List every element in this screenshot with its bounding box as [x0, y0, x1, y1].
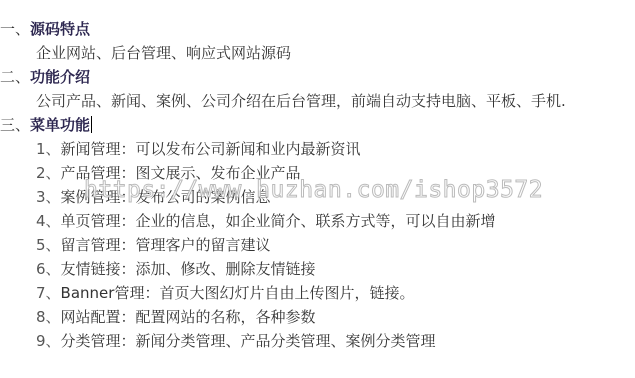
list-item-text: 留言管理：管理客户的留言建议	[61, 236, 271, 254]
list-item-text: 网站配置：配置网站的名称，各种参数	[61, 308, 316, 326]
text-cursor	[91, 116, 92, 133]
list-item-text: 案例管理：发布公司的案例信息	[61, 188, 271, 206]
list-item-number: 5、	[36, 236, 61, 254]
section-title: 源码特点	[30, 20, 90, 38]
section-number: 三、	[0, 116, 30, 134]
list-item: 4、单页管理：企业的信息，如企业简介、联系方式等，可以自由新增	[0, 209, 635, 233]
list-item: 2、产品管理：图文展示、发布企业产品	[0, 161, 635, 185]
list-item-text: Banner管理：首页大图幻灯片自由上传图片，链接。	[61, 284, 415, 302]
list-item: 3、案例管理：发布公司的案例信息	[0, 185, 635, 209]
list-item-number: 2、	[36, 164, 61, 182]
list-item-number: 7、	[36, 284, 61, 302]
section-number: 一、	[0, 20, 30, 38]
list-item-number: 4、	[36, 212, 61, 230]
list-item-text: 单页管理：企业的信息，如企业简介、联系方式等，可以自由新增	[61, 212, 496, 230]
list-item: 8、网站配置：配置网站的名称，各种参数	[0, 305, 635, 329]
list-item: 1、新闻管理：可以发布公司新闻和业内最新资讯	[0, 137, 635, 161]
section-body-text: 公司产品、新闻、案例、公司介绍在后台管理，前端自动支持电脑、平板、手机.	[0, 89, 635, 113]
document-body: 一、源码特点 企业网站、后台管理、响应式网站源码 二、功能介绍 公司产品、新闻、…	[0, 17, 635, 353]
list-item: 7、Banner管理：首页大图幻灯片自由上传图片，链接。	[0, 281, 635, 305]
section-title: 功能介绍	[30, 68, 90, 86]
list-item-number: 1、	[36, 140, 61, 158]
list-item-number: 3、	[36, 188, 61, 206]
section-body-text: 企业网站、后台管理、响应式网站源码	[0, 41, 635, 65]
list-item-text: 分类管理：新闻分类管理、产品分类管理、案例分类管理	[61, 332, 436, 350]
list-item-number: 9、	[36, 332, 61, 350]
section-heading-menu: 三、菜单功能	[0, 113, 635, 137]
list-item-number: 8、	[36, 308, 61, 326]
list-item-text: 新闻管理：可以发布公司新闻和业内最新资讯	[61, 140, 361, 158]
list-item: 9、分类管理：新闻分类管理、产品分类管理、案例分类管理	[0, 329, 635, 353]
section-heading-functions: 二、功能介绍	[0, 65, 635, 89]
list-item: 5、留言管理：管理客户的留言建议	[0, 233, 635, 257]
section-heading-features: 一、源码特点	[0, 17, 635, 41]
section-title: 菜单功能	[30, 116, 90, 134]
list-item-number: 6、	[36, 260, 61, 278]
section-number: 二、	[0, 68, 30, 86]
list-item-text: 友情链接：添加、修改、删除友情链接	[61, 260, 316, 278]
list-item-text: 产品管理：图文展示、发布企业产品	[61, 164, 301, 182]
list-item: 6、友情链接：添加、修改、删除友情链接	[0, 257, 635, 281]
